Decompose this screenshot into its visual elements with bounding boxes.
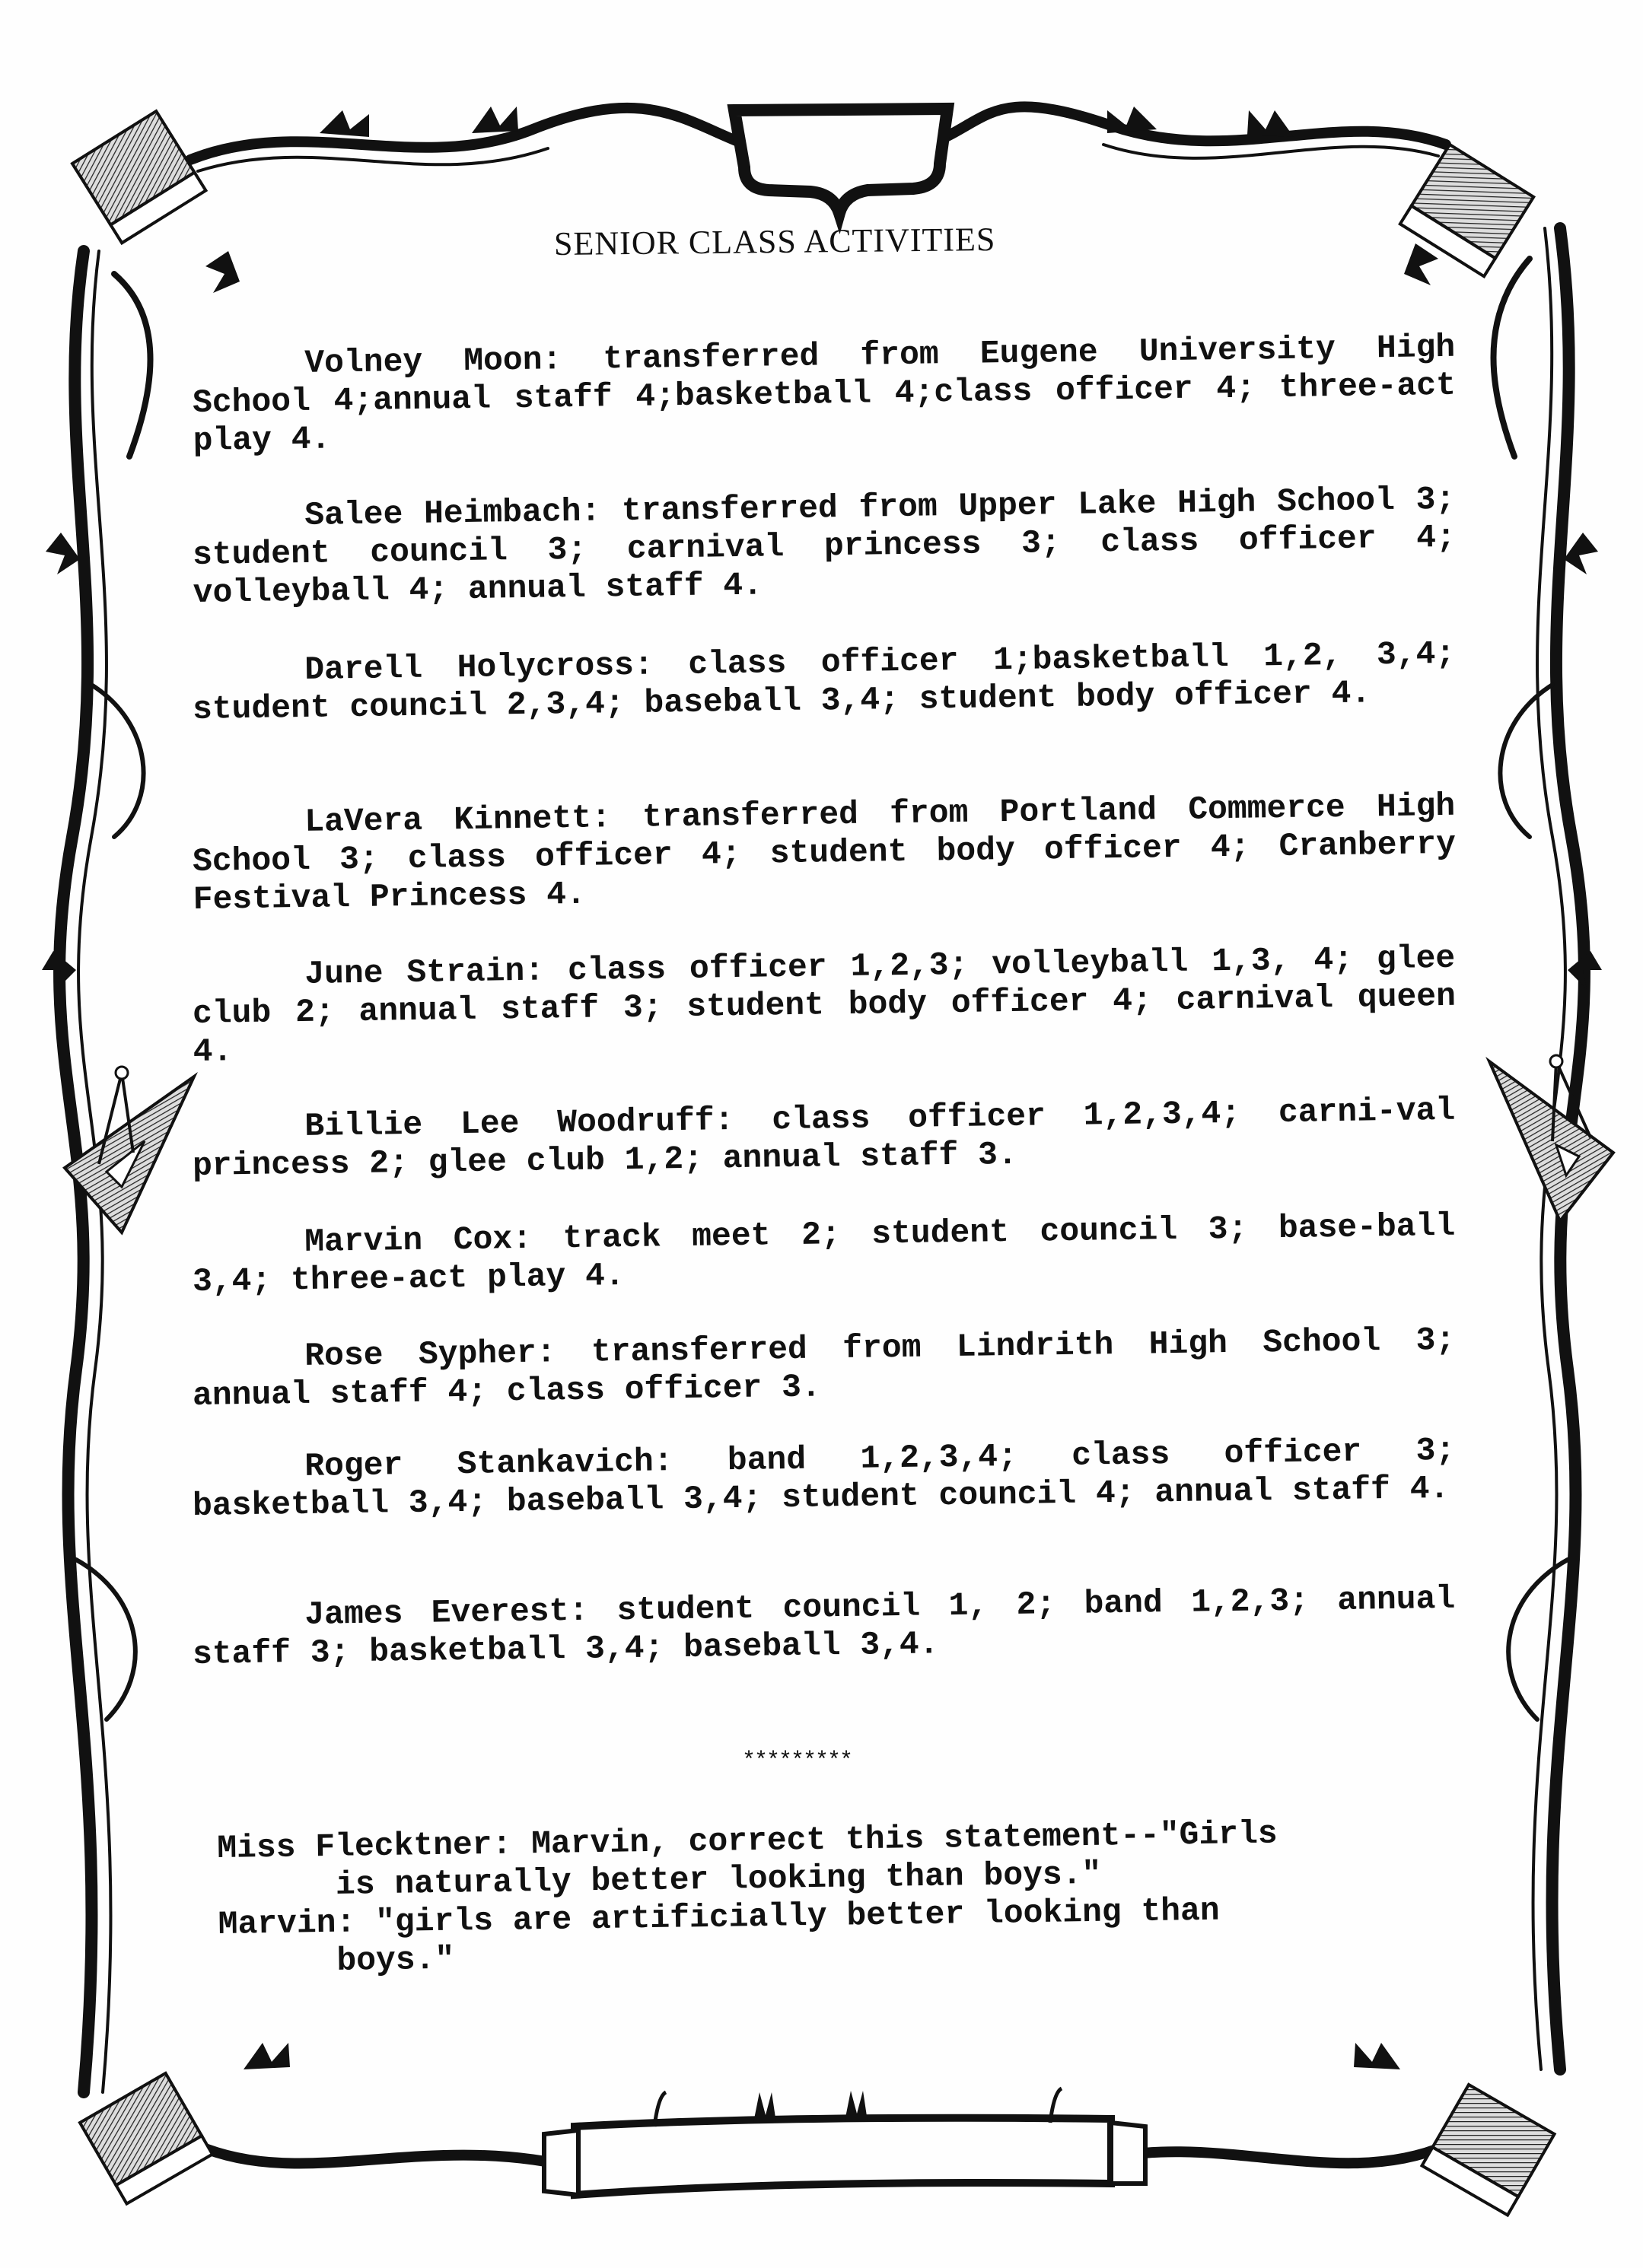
yearbook-page: SENIOR CLASS ACTIVITIES Volney Moon: tra… bbox=[0, 0, 1643, 2268]
page-title: SENIOR CLASS ACTIVITIES bbox=[554, 220, 996, 263]
book-icon-top-left bbox=[72, 111, 205, 243]
book-icon-bottom-right bbox=[1422, 2085, 1555, 2216]
entry-lavera-kinnett: LaVera Kinnett: transferred from Portlan… bbox=[192, 787, 1457, 919]
entry-volney-moon: Volney Moon: transferred from Eugene Uni… bbox=[192, 329, 1457, 460]
dialogue-block: Miss Flecktner: Marvin, correct this sta… bbox=[217, 1812, 1498, 1982]
entry-june-strain: June Strain: class officer 1,2,3; volley… bbox=[192, 940, 1457, 1071]
separator-stars: ********* bbox=[742, 1748, 852, 1774]
scroll-banner bbox=[544, 2088, 1145, 2195]
entry-salee-heimbach: Salee Heimbach: transferred from Upper L… bbox=[192, 481, 1457, 612]
shield-cartouche bbox=[734, 109, 947, 213]
book-icon-bottom-left bbox=[80, 2073, 212, 2204]
set-square-compass-icon-right bbox=[1489, 1055, 1613, 1221]
